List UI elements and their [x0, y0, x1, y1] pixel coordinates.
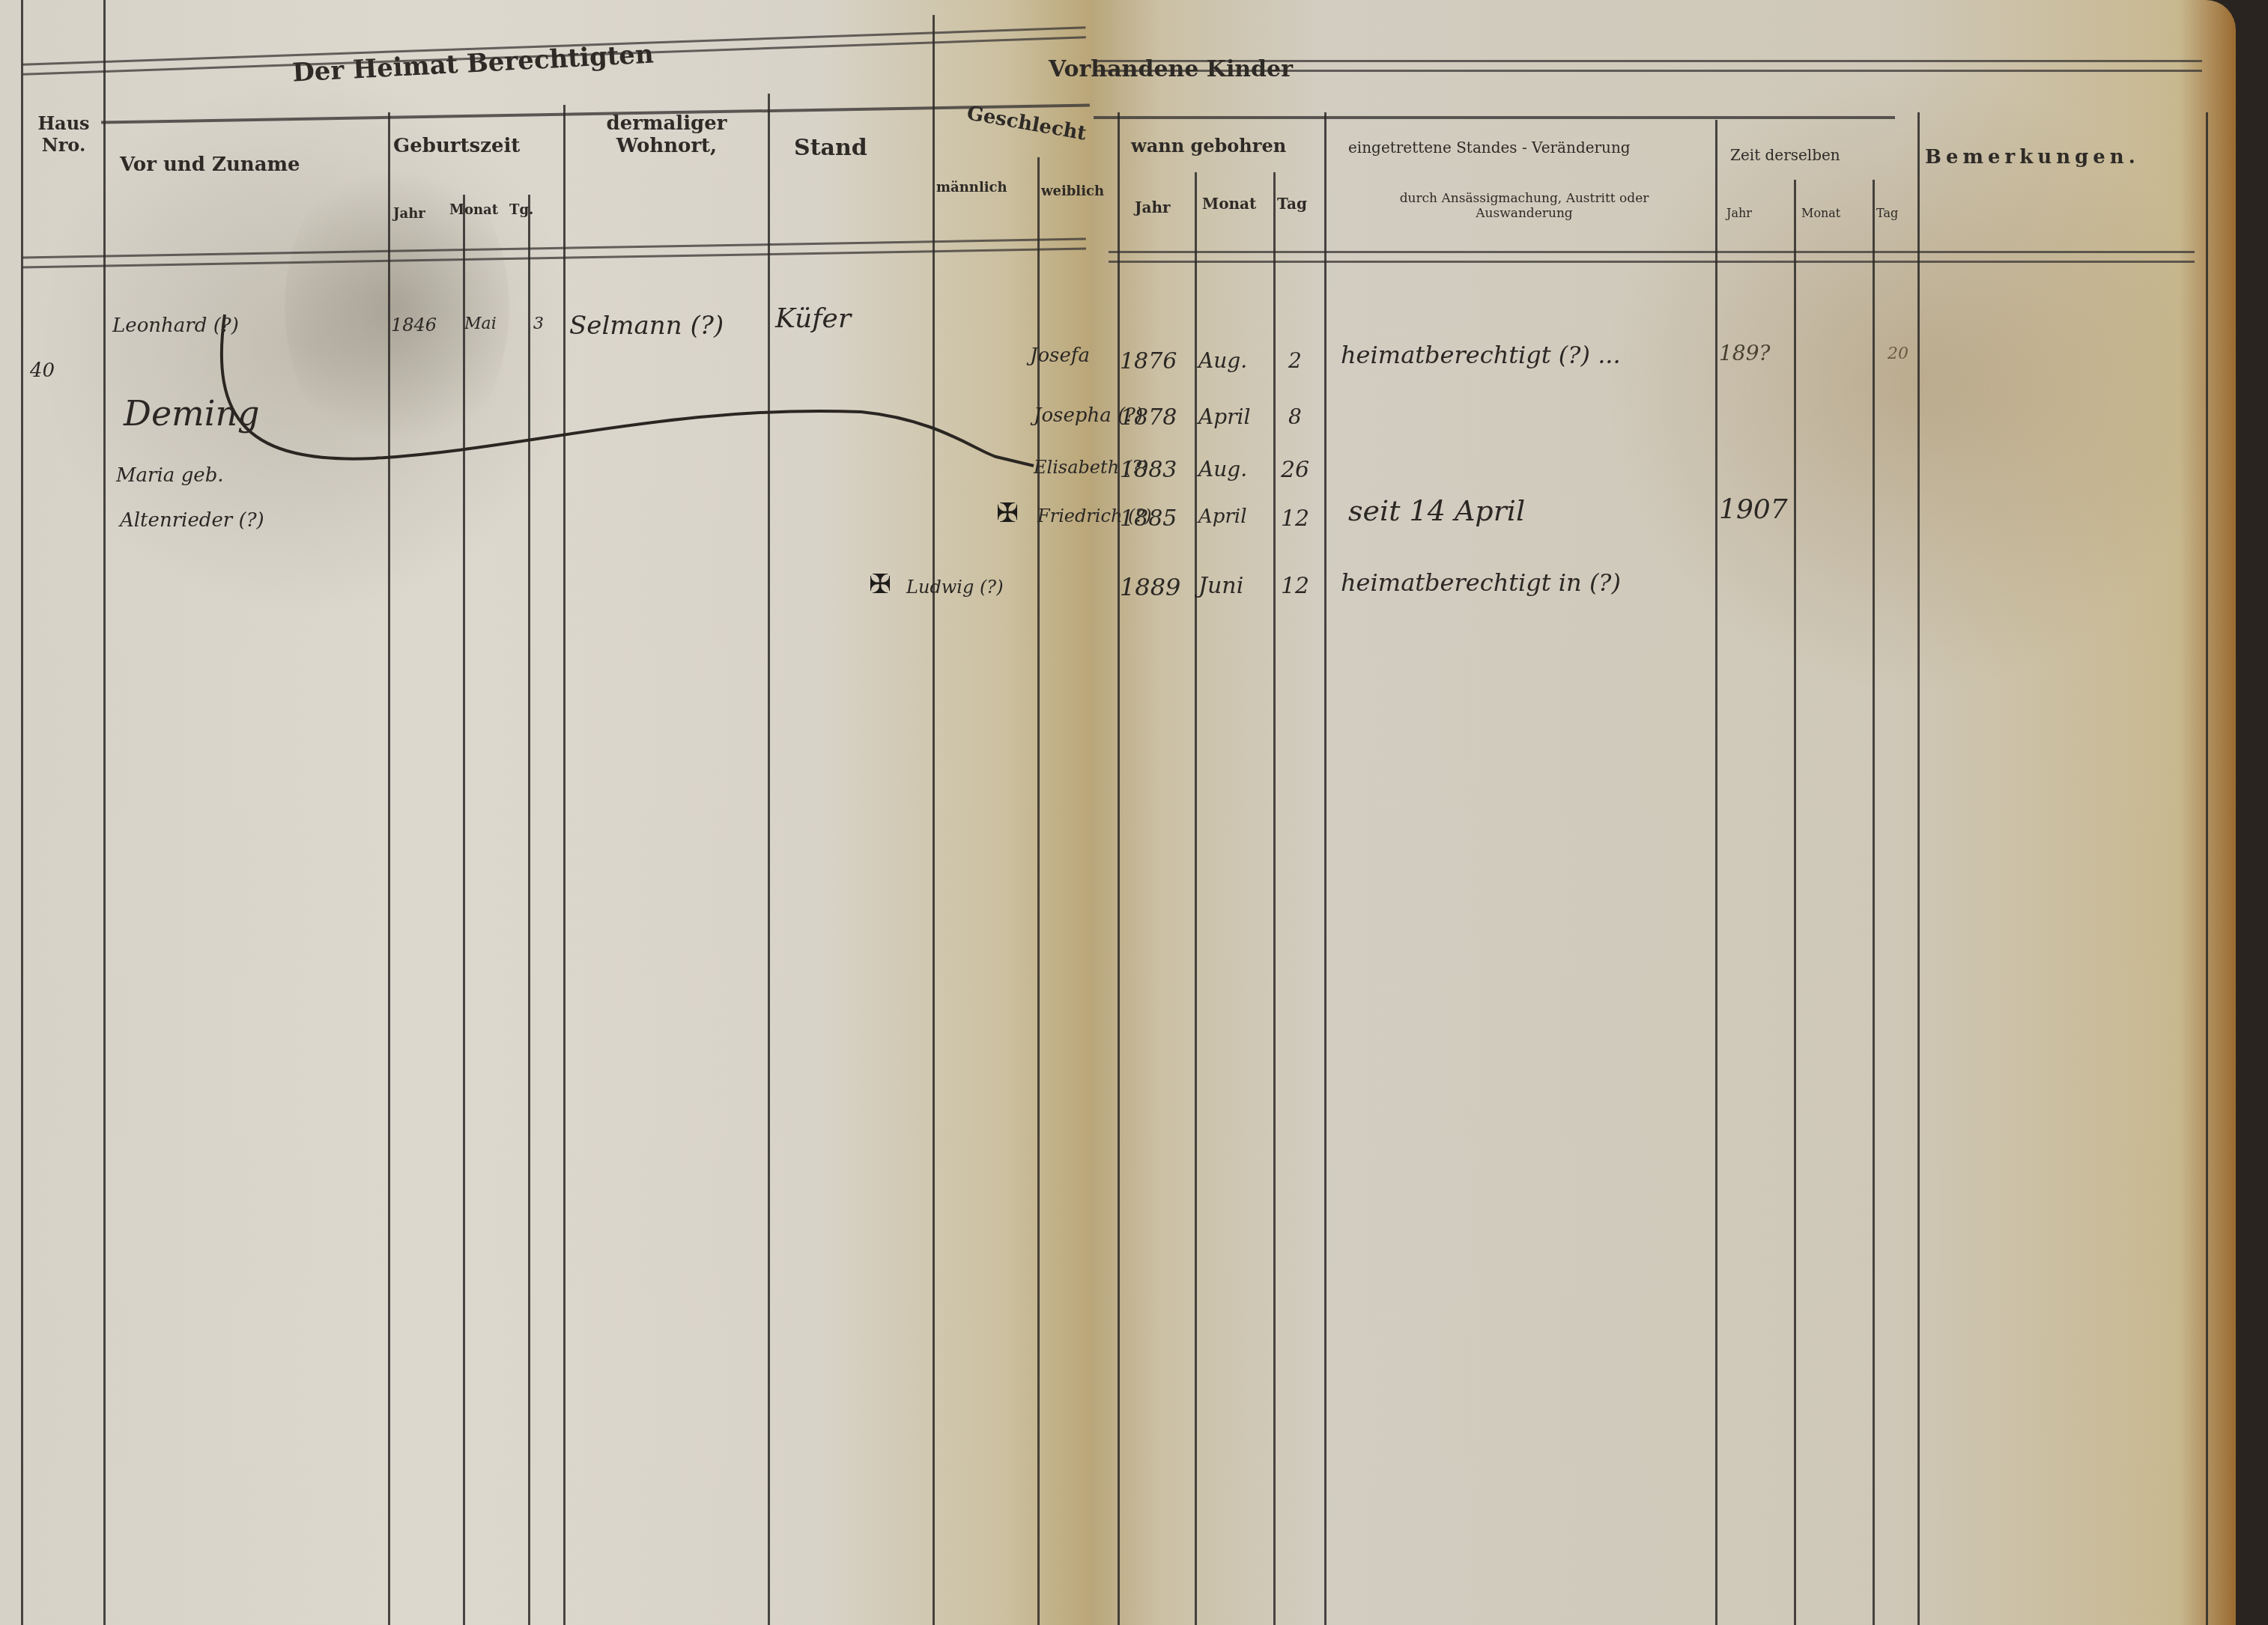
child-zeit: 1907 [1719, 494, 1788, 525]
child-tag: 12 [1281, 573, 1309, 599]
child-tag: 8 [1288, 404, 1302, 429]
child-name: Ludwig (?) [906, 577, 1004, 598]
deceased-cross-icon: ✠ [996, 498, 1019, 529]
child-monat: April [1198, 505, 1246, 528]
child-monat: Aug. [1198, 457, 1247, 482]
child-jahr: 1883 [1120, 457, 1177, 483]
child-monat: April [1198, 404, 1250, 429]
child-zeit-tag: 20 [1888, 344, 1908, 363]
child-jahr: 1885 [1120, 505, 1177, 532]
child-zeit: 189? [1719, 341, 1770, 365]
child-tag: 12 [1281, 505, 1309, 532]
child-tag: 26 [1281, 457, 1309, 483]
bracket-curve [0, 0, 2268, 1625]
child-jahr: 1878 [1120, 404, 1177, 431]
child-monat: Aug. [1198, 348, 1247, 373]
child-name: Josefa [1030, 344, 1090, 367]
child-monat: Juni [1198, 573, 1243, 599]
child-jahr: 1889 [1120, 573, 1180, 601]
deceased-cross-icon: ✠ [869, 569, 891, 600]
child-veraenderung: heimatberechtigt in (?) [1341, 565, 1685, 600]
child-veraenderung: seit 14 April [1348, 494, 1525, 527]
child-tag: 2 [1288, 348, 1302, 373]
child-jahr: 1876 [1120, 348, 1177, 374]
child-veraenderung: heimatberechtigt (?) ... [1341, 341, 1621, 369]
